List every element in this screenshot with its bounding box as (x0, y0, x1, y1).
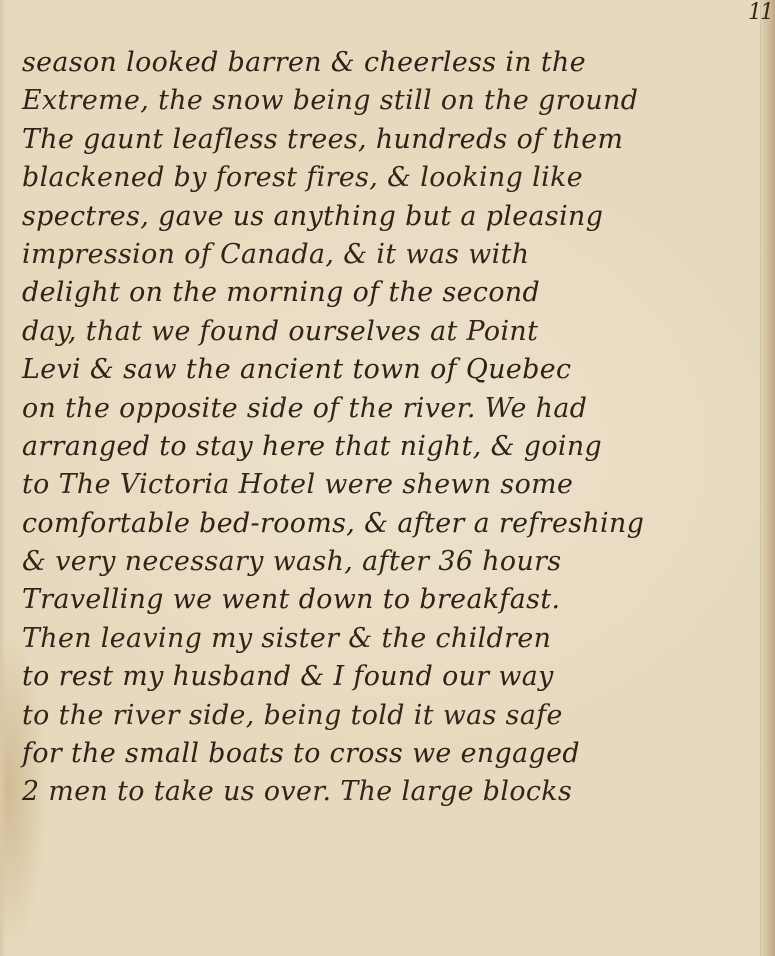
text-line: Levi & saw the ancient town of Quebec (22, 351, 757, 389)
text-line: day, that we found ourselves at Point (22, 313, 757, 351)
text-line: impression of Canada, & it was with (22, 236, 757, 274)
manuscript-page: 11 season looked barren & cheerless in t… (0, 0, 775, 956)
text-line: for the small boats to cross we engaged (22, 735, 757, 773)
text-line: to the river side, being told it was saf… (22, 697, 757, 735)
text-line: on the opposite side of the river. We ha… (22, 390, 757, 428)
text-line: to rest my husband & I found our way (22, 658, 757, 696)
page-left-edge (0, 0, 6, 956)
page-number: 11 (748, 0, 772, 25)
text-line: comfortable bed-rooms, & after a refresh… (22, 505, 757, 543)
handwritten-text-block: season looked barren & cheerless in the … (22, 44, 762, 812)
text-line: spectres, gave us anything but a pleasin… (22, 198, 757, 236)
text-line: arranged to stay here that night, & goin… (22, 428, 757, 466)
text-line: Travelling we went down to breakfast. (22, 581, 757, 619)
text-line: blackened by forest fires, & looking lik… (22, 159, 757, 197)
text-line: 2 men to take us over. The large blocks (22, 773, 757, 811)
page-right-edge (760, 0, 775, 956)
text-line: Then leaving my sister & the children (22, 620, 757, 658)
text-line: season looked barren & cheerless in the (22, 44, 757, 82)
text-line: Extreme, the snow being still on the gro… (22, 82, 757, 120)
text-line: delight on the morning of the second (22, 274, 757, 312)
text-line: & very necessary wash, after 36 hours (22, 543, 757, 581)
text-line: to The Victoria Hotel were shewn some (22, 466, 757, 504)
text-line: The gaunt leafless trees, hundreds of th… (22, 121, 757, 159)
